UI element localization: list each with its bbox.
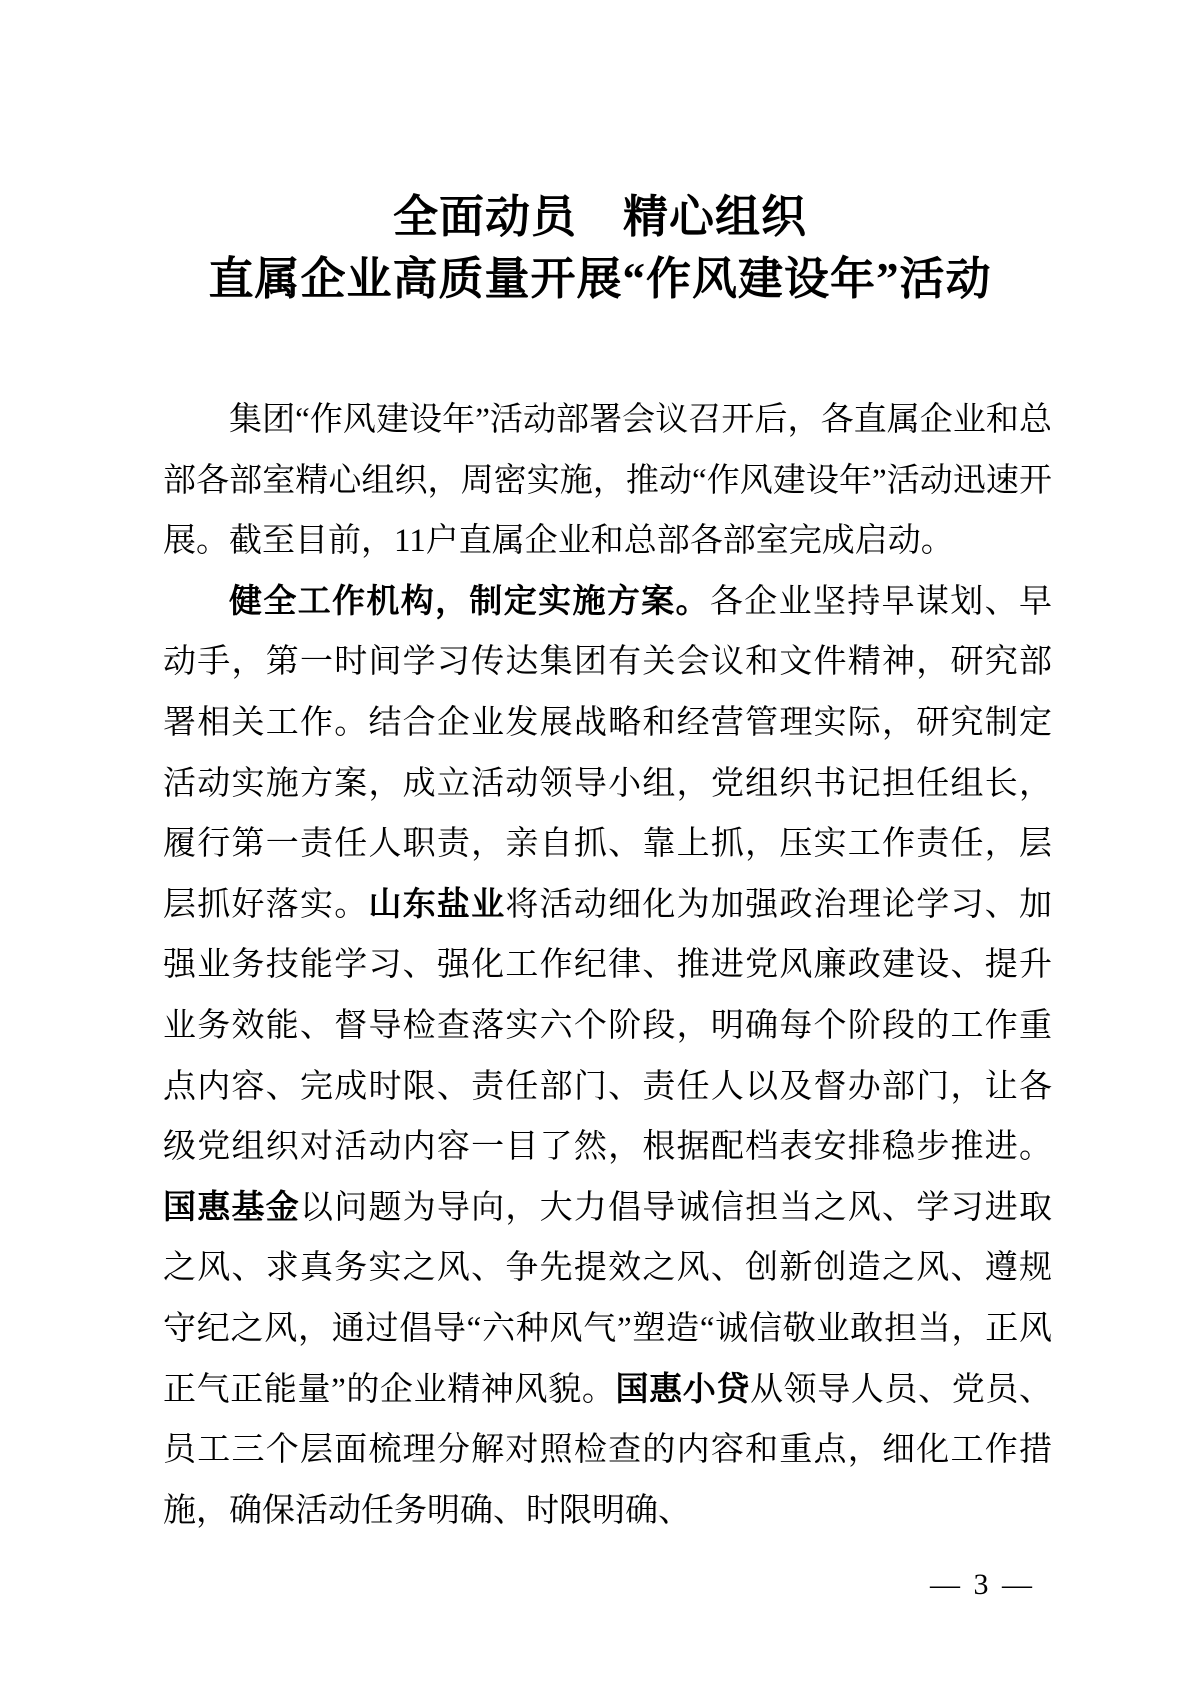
- bold-text-run: 国惠小贷: [615, 1372, 750, 1408]
- document-page: 全面动员 精心组织 直属企业高质量开展“作风建设年”活动 集团“作风建设年”活动…: [0, 0, 1200, 1697]
- document-title: 全面动员 精心组织 直属企业高质量开展“作风建设年”活动: [0, 186, 1200, 310]
- text-run: 集团“作风建设年”活动部署会议召开后，各直属企业和总部各部室精心组织，周密实施，…: [163, 402, 1052, 559]
- text-run: 各企业坚持早谋划、早动手，第一时间学习传达集团有关会议和文件精神，研究部署相关工…: [163, 584, 1052, 923]
- bold-text-run: 国惠基金: [163, 1190, 300, 1226]
- title-line-1: 全面动员 精心组织: [0, 186, 1200, 248]
- bold-text-run: 山东盐业: [368, 887, 505, 923]
- body-paragraph: 健全工作机构，制定实施方案。各企业坚持早谋划、早动手，第一时间学习传达集团有关会…: [163, 572, 1052, 1542]
- text-run: 将活动细化为加强政治理论学习、加强业务技能学习、强化工作纪律、推进党风廉政建设、…: [163, 887, 1052, 1165]
- body-paragraph: 集团“作风建设年”活动部署会议召开后，各直属企业和总部各部室精心组织，周密实施，…: [163, 390, 1052, 572]
- title-line-2: 直属企业高质量开展“作风建设年”活动: [0, 248, 1200, 310]
- page-number: — 3 —: [930, 1568, 1035, 1602]
- document-body: 集团“作风建设年”活动部署会议召开后，各直属企业和总部各部室精心组织，周密实施，…: [163, 390, 1052, 1541]
- bold-text-run: 健全工作机构，制定实施方案。: [229, 584, 710, 620]
